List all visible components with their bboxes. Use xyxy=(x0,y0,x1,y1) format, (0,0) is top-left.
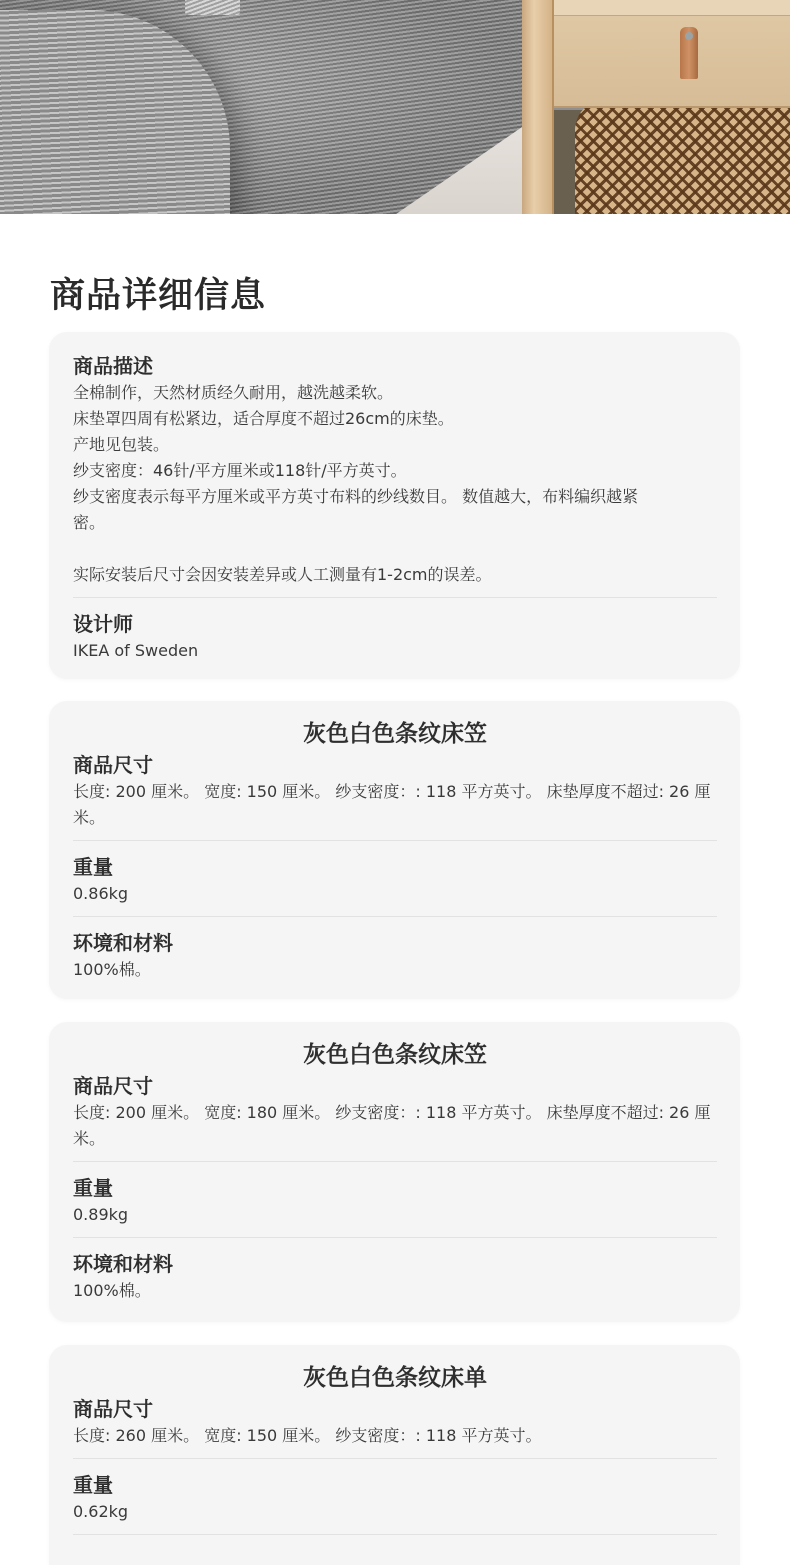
product-card: 灰色白色条纹床笠 商品尺寸 长度: 200 厘米。 宽度: 150 厘米。 纱支… xyxy=(49,701,740,999)
weight-value: 0.86kg xyxy=(73,881,717,907)
size-label: 商品尺寸 xyxy=(73,1395,717,1423)
weight-label: 重量 xyxy=(73,1174,717,1202)
material-label: 环境和材料 xyxy=(73,929,717,957)
description-text: 全棉制作，天然材质经久耐用，越洗越柔软。 床垫罩四周有松紧边，适合厚度不超过26… xyxy=(73,380,717,588)
description-line: 产地见包装。 xyxy=(73,432,717,458)
material-label: 环境和材料 xyxy=(73,1250,717,1278)
material-value: 100%棉。 xyxy=(73,957,717,983)
product-title: 灰色白色条纹床笠 xyxy=(73,1038,717,1072)
description-label: 商品描述 xyxy=(73,352,717,380)
description-card: 商品描述 全棉制作，天然材质经久耐用，越洗越柔软。 床垫罩四周有松紧边，适合厚度… xyxy=(49,332,740,679)
description-line: 纱支密度：46针/平方厘米或118针/平方英寸。 xyxy=(73,458,717,484)
nightstand-leg xyxy=(522,0,554,214)
divider xyxy=(73,916,717,917)
designer-value: IKEA of Sweden xyxy=(73,638,717,664)
divider xyxy=(73,1534,717,1535)
woven-basket-image xyxy=(575,100,790,214)
size-value: 长度: 200 厘米。 宽度: 150 厘米。 纱支密度：: 118 平方英寸。… xyxy=(73,779,717,831)
description-line: 床垫罩四周有松紧边，适合厚度不超过26cm的床垫。 xyxy=(73,406,717,432)
product-title: 灰色白色条纹床单 xyxy=(73,1361,717,1395)
page-title: 商品详细信息 xyxy=(50,268,266,318)
product-photo xyxy=(0,0,790,214)
size-value: 长度: 200 厘米。 宽度: 180 厘米。 纱支密度：: 118 平方英寸。… xyxy=(73,1100,717,1152)
weight-label: 重量 xyxy=(73,853,717,881)
product-card: 灰色白色条纹床笠 商品尺寸 长度: 200 厘米。 宽度: 180 厘米。 纱支… xyxy=(49,1022,740,1322)
pillow-image xyxy=(185,0,240,15)
divider xyxy=(73,597,717,598)
nightstand-top xyxy=(554,0,790,16)
nightstand-drawer xyxy=(554,0,790,108)
weight-value: 0.89kg xyxy=(73,1202,717,1228)
product-card: 灰色白色条纹床单 商品尺寸 长度: 260 厘米。 宽度: 150 厘米。 纱支… xyxy=(49,1345,740,1546)
divider xyxy=(73,840,717,841)
divider xyxy=(73,1237,717,1238)
weight-value: 0.62kg xyxy=(73,1499,717,1525)
description-line: 全棉制作，天然材质经久耐用，越洗越柔软。 xyxy=(73,380,717,406)
material-value: 100%棉。 xyxy=(73,1278,717,1304)
description-line: 密。 xyxy=(73,510,717,536)
product-title: 灰色白色条纹床笠 xyxy=(73,717,717,751)
divider xyxy=(73,1458,717,1459)
weight-label: 重量 xyxy=(73,1471,717,1499)
size-value: 长度: 260 厘米。 宽度: 150 厘米。 纱支密度：: 118 平方英寸。 xyxy=(73,1423,717,1449)
description-line: 纱支密度表示每平方厘米或平方英寸布料的纱线数目。 数值越大，布料编织越紧 xyxy=(73,484,717,510)
size-label: 商品尺寸 xyxy=(73,751,717,779)
size-label: 商品尺寸 xyxy=(73,1072,717,1100)
designer-label: 设计师 xyxy=(73,610,717,638)
description-line xyxy=(73,536,717,562)
leather-handle-icon xyxy=(680,27,698,79)
divider xyxy=(73,1161,717,1162)
description-line: 实际安装后尺寸会因安装差异或人工测量有1-2cm的误差。 xyxy=(73,562,717,588)
